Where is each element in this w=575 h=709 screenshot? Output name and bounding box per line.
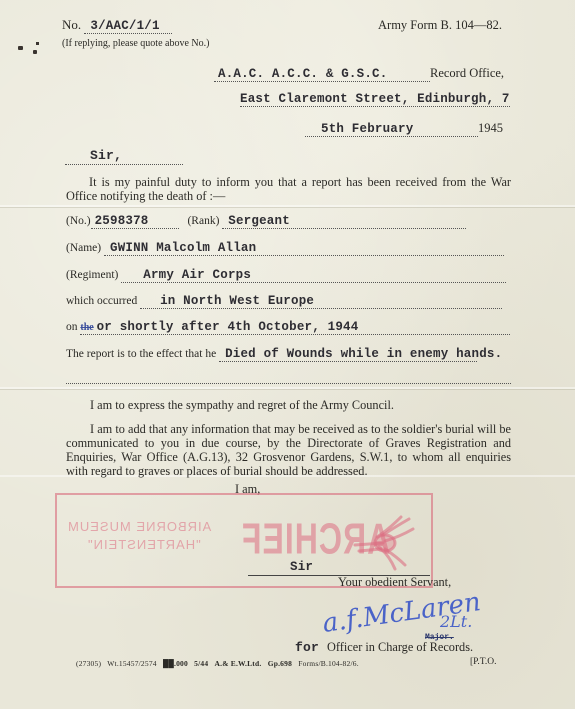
footer-gp: Gp.698 [268,659,292,668]
rank-label: (Rank) [187,215,219,227]
closing-servant: Your obedient Servant, [338,575,451,589]
date-value: 5th February [305,122,413,136]
ink-speck [18,46,23,50]
print-footer: (27305) Wt.15457/2574 ██.000 5/44 A.& E.… [76,659,359,668]
struck-rank: Major. [425,633,454,642]
no-label: No. [62,17,81,32]
footer-forms: Forms/B.104-82/6. [298,659,359,668]
intro-paragraph: It is my painful duty to inform you that… [66,175,511,203]
date-of-death-value: or shortly after 4th October, 1944 [97,320,359,334]
regiment-value: Army Air Corps [121,268,251,282]
officer-in-charge-text: Officer in Charge of Records. [327,640,473,654]
footer-qty: ██.000 [163,659,188,668]
closing-sir-line: Sir [248,557,430,576]
regiment-label: (Regiment) [66,269,118,281]
for-label: for [295,640,319,655]
struck-word: the [80,322,93,333]
report-row: The report is to the effect that he Died… [66,347,477,362]
number-rank-row: (No.)2598378 (Rank) Sergeant [66,214,466,229]
occurred-value: in North West Europe [140,294,314,308]
footer-wt: Wt.15457/2574 [107,659,156,668]
sympathy-paragraph: I am to express the sympathy and regret … [90,398,394,412]
number-value: 2598378 [91,214,149,228]
regiment-row: (Regiment) Army Air Corps [66,268,506,283]
footer-print-ref: (27305) [76,659,101,668]
footer-printer: A.& E.W.Ltd. [215,659,262,668]
rank-value: Sergeant [222,214,290,228]
name-label: (Name) [66,242,101,254]
footer-pto: [P.T.O. [470,657,496,667]
report-label: The report is to the effect that he [66,348,216,360]
footer-date-code: 5/44 [194,659,208,668]
burial-paragraph: I am to add that any information that ma… [66,422,511,478]
ink-speck [33,50,37,54]
date-year: 1945 [478,121,503,135]
date-line: 5th February1945 [305,121,503,137]
address-value: East Claremont Street, Edinburgh, 7 [240,92,510,106]
closing-sir: Sir [248,560,313,574]
salutation: Sir, [65,148,122,163]
stamp-museum-text: AIRBORNE MUSEUM [67,519,211,534]
reference-number: No. 3/AAC/1/1 [62,17,172,34]
ink-speck [36,42,39,45]
signature-initials: 2Lt. [440,612,472,631]
name-row: (Name) GWINN Malcolm Allan [66,241,504,256]
stamp-hartenstein-text: "HARTENSTEIN" [87,537,201,552]
name-value: GWINN Malcolm Allan [104,241,256,255]
on-label: on [66,321,78,333]
report-value: Died of Wounds while in enemy hands. [219,347,502,361]
unit-line: A.A.C. A.C.C. & G.S.C.Record Office, [214,66,504,82]
no-value: 3/AAC/1/1 [90,19,159,33]
date-of-death-row: on the or shortly after 4th October, 194… [66,320,510,335]
occurred-label: which occurred [66,295,137,307]
unit-value: A.A.C. A.C.C. & G.S.C. [214,67,387,81]
salutation-line: Sir, [65,146,183,165]
address-line: East Claremont Street, Edinburgh, 7 [240,91,510,107]
occurred-row: which occurred in North West Europe [66,294,502,309]
paper-fold [0,207,575,208]
blank-continuation-line [66,373,511,384]
form-id: Army Form B. 104—82. [378,18,502,33]
reply-note: (If replying, please quote above No.) [62,38,209,49]
paper-fold [0,389,575,390]
number-label: (No.) [66,215,91,227]
record-office-label: Record Office, [430,66,504,80]
